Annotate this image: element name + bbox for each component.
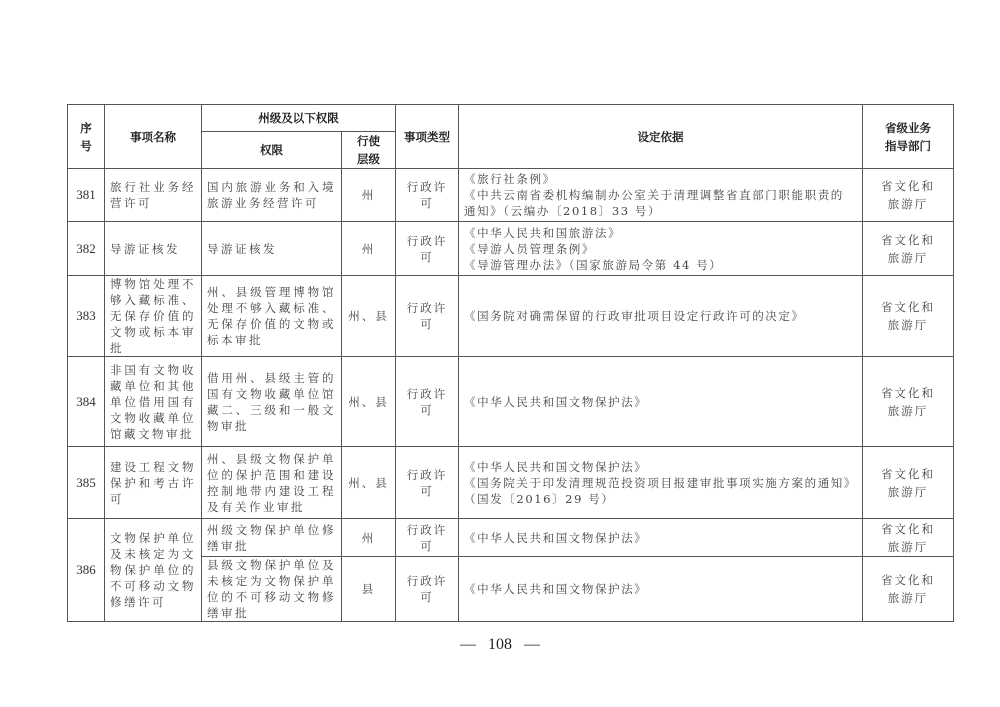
- basis-line: 《国务院对确需保留的行政审批项目设定行政许可的决定》: [464, 308, 857, 324]
- authority: 县级文物保护单位及未核定为文物保护单位的不可移动文物修缮审批: [202, 557, 342, 622]
- basis-line: 《旅行社条例》: [464, 171, 857, 187]
- page-number: — 108 —: [0, 636, 1000, 654]
- item-type: 行政许可: [396, 276, 459, 357]
- exercise-level: 州、县: [342, 447, 396, 519]
- basis-line: 《中华人民共和国旅游法》: [464, 225, 857, 241]
- header-type: 事项类型: [396, 105, 459, 169]
- guidance-dept: 省文化和旅游厅: [863, 276, 954, 357]
- item-name: 非国有文物收藏单位和其他单位借用国有文物收藏单位馆藏文物审批: [105, 357, 202, 447]
- guidance-dept: 省文化和旅游厅: [863, 222, 954, 276]
- header-name: 事项名称: [105, 105, 202, 169]
- header-no: 序号: [68, 105, 105, 169]
- basis-line: 《中华人民共和国文物保护法》: [464, 459, 857, 475]
- row-number: 383: [68, 276, 105, 357]
- basis-line: 《导游管理办法》（国家旅游局令第 44 号）: [464, 257, 857, 273]
- exercise-level: 州: [342, 519, 396, 557]
- authority: 借用州、县级主管的国有文物收藏单位馆藏二、三级和一般文物审批: [202, 357, 342, 447]
- guidance-dept: 省文化和旅游厅: [863, 357, 954, 447]
- basis-line: 《中共云南省委机构编制办公室关于清理调整省直部门职能职责的: [464, 187, 857, 203]
- basis-line: （国发〔2016〕29 号）: [464, 491, 857, 507]
- authority: 州级文物保护单位修缮审批: [202, 519, 342, 557]
- item-name: 博物馆处理不够入藏标准、无保存价值的文物或标本审批: [105, 276, 202, 357]
- item-type: 行政许可: [396, 222, 459, 276]
- authority: 州、县级管理博物馆处理不够入藏标准、无保存价值的文物或标本审批: [202, 276, 342, 357]
- legal-basis: 《中华人民共和国旅游法》 《导游人员管理条例》 《导游管理办法》（国家旅游局令第…: [459, 222, 863, 276]
- table-row: 386 文物保护单位及未核定为文物保护单位的不可移动文物修缮许可 州级文物保护单…: [68, 519, 954, 557]
- header-row-1: 序号 事项名称 州级及以下权限 事项类型 设定依据 省级业务指导部门: [68, 105, 954, 132]
- header-authority: 权限: [202, 132, 342, 169]
- table-row: 383 博物馆处理不够入藏标准、无保存价值的文物或标本审批 州、县级管理博物馆处…: [68, 276, 954, 357]
- exercise-level: 州: [342, 222, 396, 276]
- guidance-dept: 省文化和旅游厅: [863, 169, 954, 222]
- legal-basis: 《中华人民共和国文物保护法》: [459, 557, 863, 622]
- header-scope-group: 州级及以下权限: [202, 105, 396, 132]
- basis-line: 《国务院关于印发清理规范投资项目报建审批事项实施方案的通知》: [464, 475, 857, 491]
- exercise-level: 州、县: [342, 357, 396, 447]
- legal-basis: 《国务院对确需保留的行政审批项目设定行政许可的决定》: [459, 276, 863, 357]
- basis-line: 《导游人员管理条例》: [464, 241, 857, 257]
- legal-basis: 《中华人民共和国文物保护法》: [459, 519, 863, 557]
- table-row: 384 非国有文物收藏单位和其他单位借用国有文物收藏单位馆藏文物审批 借用州、县…: [68, 357, 954, 447]
- authority: 州、县级文物保护单位的保护范围和建设控制地带内建设工程及有关作业审批: [202, 447, 342, 519]
- basis-line: 通知》（云编办〔2018〕33 号）: [464, 203, 857, 219]
- guidance-dept: 省文化和旅游厅: [863, 557, 954, 622]
- item-name: 旅行社业务经营许可: [105, 169, 202, 222]
- item-name: 建设工程文物保护和考古许可: [105, 447, 202, 519]
- table-row: 385 建设工程文物保护和考古许可 州、县级文物保护单位的保护范围和建设控制地带…: [68, 447, 954, 519]
- row-number: 385: [68, 447, 105, 519]
- header-dept: 省级业务指导部门: [863, 105, 954, 169]
- row-number: 381: [68, 169, 105, 222]
- item-type: 行政许可: [396, 557, 459, 622]
- header-level: 行使层级: [342, 132, 396, 169]
- exercise-level: 州: [342, 169, 396, 222]
- legal-basis: 《中华人民共和国文物保护法》: [459, 357, 863, 447]
- header-basis: 设定依据: [459, 105, 863, 169]
- item-name: 文物保护单位及未核定为文物保护单位的不可移动文物修缮许可: [105, 519, 202, 622]
- row-number: 384: [68, 357, 105, 447]
- legal-basis: 《中华人民共和国文物保护法》 《国务院关于印发清理规范投资项目报建审批事项实施方…: [459, 447, 863, 519]
- dash-right: —: [524, 636, 540, 654]
- item-name: 导游证核发: [105, 222, 202, 276]
- item-type: 行政许可: [396, 169, 459, 222]
- item-type: 行政许可: [396, 357, 459, 447]
- item-type: 行政许可: [396, 447, 459, 519]
- row-number: 386: [68, 519, 105, 622]
- basis-line: 《中华人民共和国文物保护法》: [464, 394, 857, 410]
- page-number-value: 108: [488, 636, 512, 653]
- authority: 国内旅游业务和入境旅游业务经营许可: [202, 169, 342, 222]
- basis-line: 《中华人民共和国文物保护法》: [464, 530, 857, 546]
- table-row: 381 旅行社业务经营许可 国内旅游业务和入境旅游业务经营许可 州 行政许可 《…: [68, 169, 954, 222]
- authority: 导游证核发: [202, 222, 342, 276]
- permission-table: 序号 事项名称 州级及以下权限 事项类型 设定依据 省级业务指导部门 权限 行使…: [67, 104, 954, 622]
- dash-left: —: [460, 636, 476, 654]
- guidance-dept: 省文化和旅游厅: [863, 447, 954, 519]
- row-number: 382: [68, 222, 105, 276]
- basis-line: 《中华人民共和国文物保护法》: [464, 581, 857, 597]
- legal-basis: 《旅行社条例》 《中共云南省委机构编制办公室关于清理调整省直部门职能职责的 通知…: [459, 169, 863, 222]
- table-row: 382 导游证核发 导游证核发 州 行政许可 《中华人民共和国旅游法》 《导游人…: [68, 222, 954, 276]
- item-type: 行政许可: [396, 519, 459, 557]
- exercise-level: 县: [342, 557, 396, 622]
- guidance-dept: 省文化和旅游厅: [863, 519, 954, 557]
- exercise-level: 州、县: [342, 276, 396, 357]
